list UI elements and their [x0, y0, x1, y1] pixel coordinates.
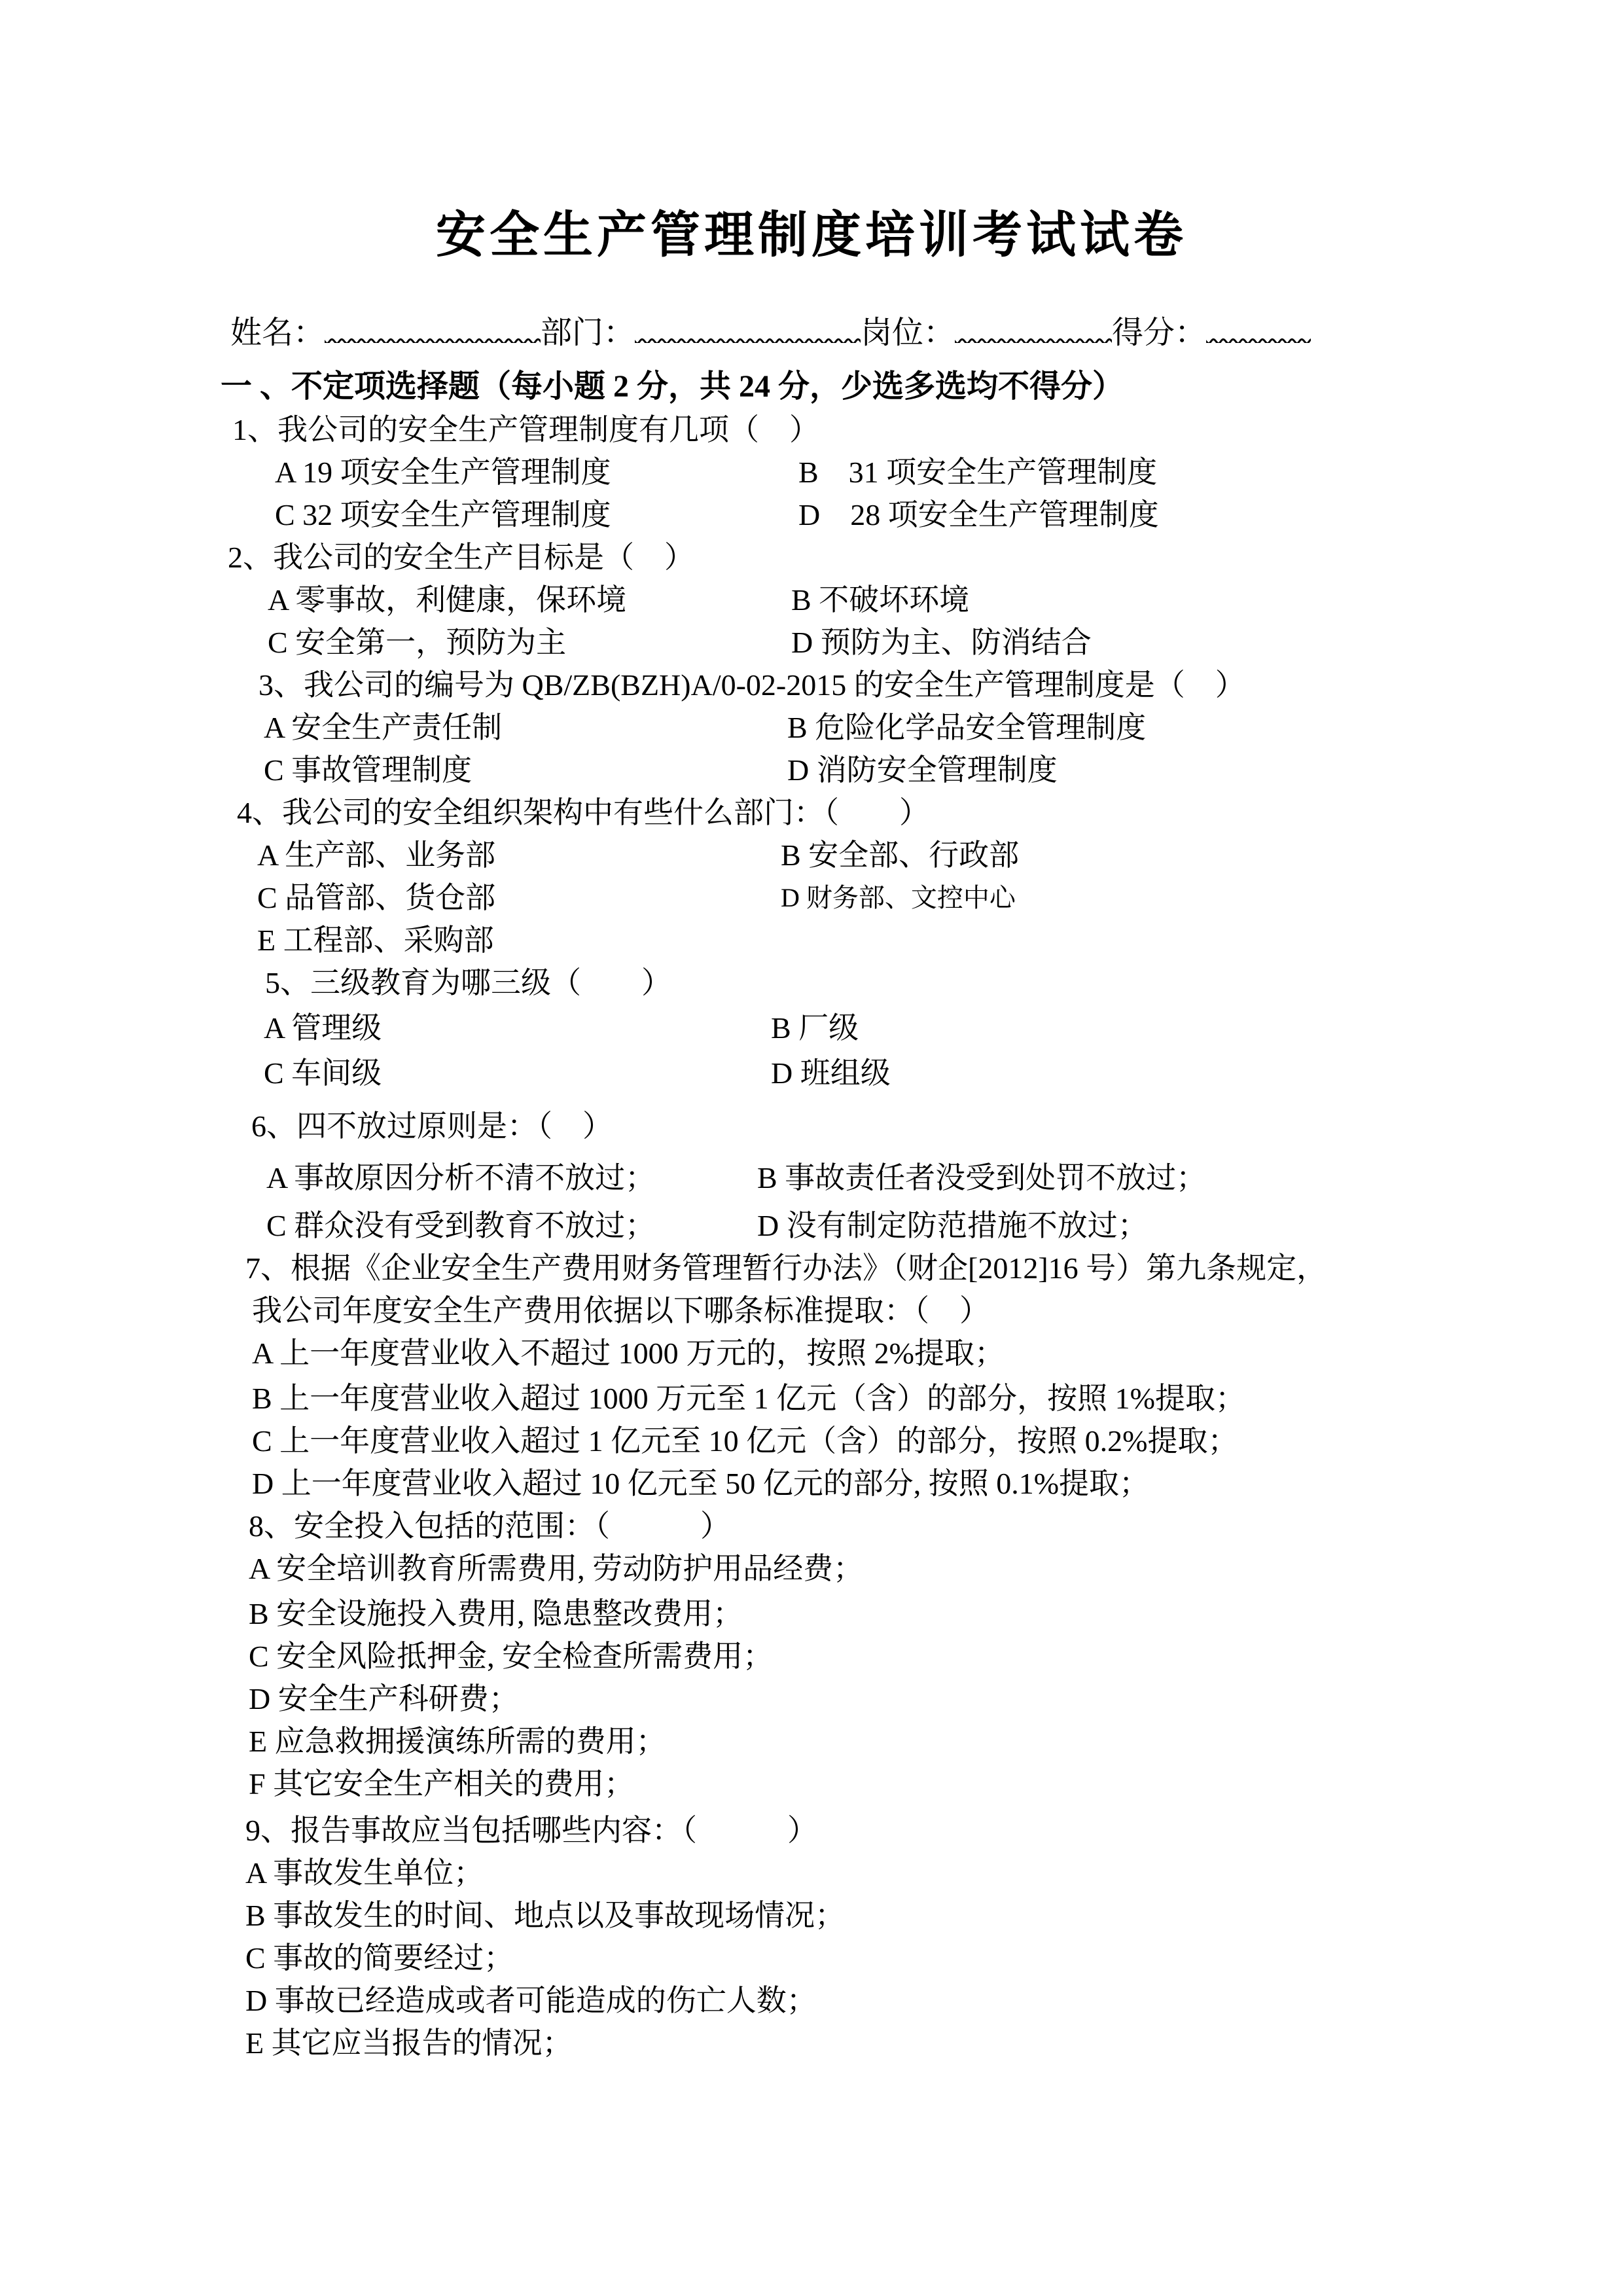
question-7-option-b: B 上一年度营业收入超过 1000 万元至 1 亿元（含）的部分，按照 1%提取…	[196, 1377, 1427, 1420]
question-6: 6、四不放过原则是：（ ） A 事故原因分析不清不放过； B 事故责任者没受到处…	[196, 1105, 1427, 1247]
question-7: 7、根据《企业安全生产费用财务管理暂行办法》（财企[2012]16 号）第九条规…	[196, 1247, 1427, 1505]
question-5-row-2: C 车间级 D 班组级	[196, 1052, 1427, 1094]
question-1-row-1: A 19 项安全生产管理制度 B 31 项安全生产管理制度	[196, 451, 1427, 493]
question-3-option-c: C 事故管理制度	[264, 749, 787, 791]
question-7-option-c: C 上一年度营业收入超过 1 亿元至 10 亿元（含）的部分，按照 0.2%提取…	[196, 1420, 1427, 1462]
question-3-row-1: A 安全生产责任制 B 危险化学品安全管理制度	[196, 706, 1427, 749]
question-4-option-empty	[781, 919, 1427, 961]
question-2-prompt: 2、我公司的安全生产目标是（ ）	[196, 536, 1427, 579]
score-blank	[1206, 296, 1311, 343]
question-8: 8、安全投入包括的范围：（ ） A 安全培训教育所需费用, 劳动防护用品经费； …	[196, 1505, 1427, 1805]
question-4-prompt: 4、我公司的安全组织架构中有些什么部门：（ ）	[196, 791, 1427, 834]
question-3-option-d: D 消防安全管理制度	[787, 749, 1427, 791]
question-3: 3、我公司的编号为 QB/ZB(BZH)A/0-02-2015 的安全生产管理制…	[196, 664, 1427, 791]
question-1-option-a: A 19 项安全生产管理制度	[275, 451, 798, 493]
question-5-option-b: B 厂级	[771, 1007, 1427, 1049]
question-4-option-c: C 品管部、货仓部	[257, 876, 781, 919]
question-3-option-a: A 安全生产责任制	[264, 706, 787, 749]
question-4: 4、我公司的安全组织架构中有些什么部门：（ ） A 生产部、业务部 B 安全部、…	[196, 791, 1427, 961]
question-1: 1、我公司的安全生产管理制度有几项（ ） A 19 项安全生产管理制度 B 31…	[196, 408, 1427, 536]
question-6-option-d: D 没有制定防范措施不放过；	[757, 1204, 1427, 1247]
question-4-option-d: D 财务部、文控中心	[781, 876, 1427, 919]
question-7-prompt-line-1: 7、根据《企业安全生产费用财务管理暂行办法》（财企[2012]16 号）第九条规…	[196, 1247, 1427, 1289]
question-2-row-2: C 安全第一，预防为主 D 预防为主、防消结合	[196, 621, 1427, 664]
question-1-option-c: C 32 项安全生产管理制度	[275, 493, 798, 536]
name-blank	[325, 296, 541, 343]
question-6-option-c: C 群众没有受到教育不放过；	[266, 1204, 757, 1247]
question-8-option-d: D 安全生产科研费；	[196, 1677, 1427, 1720]
question-8-option-f: F 其它安全生产相关的费用；	[196, 1763, 1427, 1805]
question-2-option-b: B 不破坏环境	[791, 579, 1427, 621]
question-9-option-b: B 事故发生的时间、地点以及事故现场情况；	[196, 1894, 1427, 1937]
question-6-option-a: A 事故原因分析不清不放过；	[266, 1157, 757, 1199]
question-9-prompt: 9、报告事故应当包括哪些内容：（ ）	[196, 1809, 1427, 1852]
question-5-option-d: D 班组级	[771, 1052, 1427, 1094]
question-4-option-b: B 安全部、行政部	[781, 834, 1427, 876]
question-1-row-2: C 32 项安全生产管理制度 D 28 项安全生产管理制度	[196, 493, 1427, 536]
question-2-option-d: D 预防为主、防消结合	[791, 621, 1427, 664]
score-label: 得分：	[1112, 315, 1206, 350]
question-2-option-c: C 安全第一，预防为主	[268, 621, 791, 664]
question-2-option-a: A 零事故，利健康，保环境	[268, 579, 791, 621]
question-3-row-2: C 事故管理制度 D 消防安全管理制度	[196, 749, 1427, 791]
question-9-option-e: E 其它应当报告的情况；	[196, 2022, 1427, 2064]
question-4-option-e: E 工程部、采购部	[257, 919, 781, 961]
section-heading: 一 、不定项选择题（每小题 2 分，共 24 分，少选多选均不得分）	[196, 365, 1427, 408]
question-4-option-a: A 生产部、业务部	[257, 834, 781, 876]
question-9-option-c: C 事故的简要经过；	[196, 1937, 1427, 1979]
department-blank	[635, 296, 861, 343]
question-2-row-1: A 零事故，利健康，保环境 B 不破坏环境	[196, 579, 1427, 621]
question-8-prompt: 8、安全投入包括的范围：（ ）	[196, 1505, 1427, 1547]
question-1-option-d: D 28 项安全生产管理制度	[798, 493, 1427, 536]
exam-paper-page: 安全生产管理制度培训考试试卷 姓名： 部门： 岗位： 得分：	[0, 0, 1623, 2296]
question-8-option-e: E 应急救拥援演练所需的费用；	[196, 1720, 1427, 1763]
question-6-option-b: B 事故责任者没受到处罚不放过；	[757, 1157, 1427, 1199]
question-5: 5、三级教育为哪三级（ ） A 管理级 B 厂级 C 车间级 D 班组级	[196, 961, 1427, 1094]
question-1-prompt: 1、我公司的安全生产管理制度有几项（ ）	[196, 408, 1427, 451]
question-5-option-a: A 管理级	[264, 1007, 771, 1049]
name-label: 姓名：	[230, 315, 325, 350]
question-9-option-d: D 事故已经造成或者可能造成的伤亡人数；	[196, 1979, 1427, 2022]
question-6-row-2: C 群众没有受到教育不放过； D 没有制定防范措施不放过；	[196, 1204, 1427, 1247]
question-7-prompt-line-2: 我公司年度安全生产费用依据以下哪条标准提取：（ ）	[196, 1289, 1427, 1332]
question-3-option-b: B 危险化学品安全管理制度	[787, 706, 1427, 749]
question-8-option-c: C 安全风险抵押金, 安全检查所需费用；	[196, 1635, 1427, 1677]
question-7-option-a: A 上一年度营业收入不超过 1000 万元的，按照 2%提取；	[196, 1332, 1427, 1374]
question-6-prompt: 6、四不放过原则是：（ ）	[196, 1105, 1427, 1147]
question-9-option-a: A 事故发生单位；	[196, 1852, 1427, 1894]
question-9: 9、报告事故应当包括哪些内容：（ ） A 事故发生单位； B 事故发生的时间、地…	[196, 1809, 1427, 2064]
question-8-option-a: A 安全培训教育所需费用, 劳动防护用品经费；	[196, 1547, 1427, 1590]
student-info-line: 姓名： 部门： 岗位： 得分：	[196, 296, 1427, 343]
question-4-row-3: E 工程部、采购部	[196, 919, 1427, 961]
question-5-prompt: 5、三级教育为哪三级（ ）	[196, 961, 1427, 1004]
question-5-option-c: C 车间级	[264, 1052, 771, 1094]
question-1-option-b: B 31 项安全生产管理制度	[798, 451, 1427, 493]
question-7-option-d: D 上一年度营业收入超过 10 亿元至 50 亿元的部分, 按照 0.1%提取；	[196, 1462, 1427, 1505]
position-blank	[955, 296, 1112, 343]
question-3-prompt: 3、我公司的编号为 QB/ZB(BZH)A/0-02-2015 的安全生产管理制…	[196, 664, 1427, 706]
question-5-row-1: A 管理级 B 厂级	[196, 1007, 1427, 1049]
department-label: 部门：	[541, 315, 635, 350]
position-label: 岗位：	[861, 315, 955, 350]
page-title: 安全生产管理制度培训考试试卷	[196, 203, 1427, 268]
question-4-row-2: C 品管部、货仓部 D 财务部、文控中心	[196, 876, 1427, 919]
question-4-row-1: A 生产部、业务部 B 安全部、行政部	[196, 834, 1427, 876]
question-6-row-1: A 事故原因分析不清不放过； B 事故责任者没受到处罚不放过；	[196, 1157, 1427, 1199]
question-2: 2、我公司的安全生产目标是（ ） A 零事故，利健康，保环境 B 不破坏环境 C…	[196, 536, 1427, 664]
question-8-option-b: B 安全设施投入费用, 隐患整改费用；	[196, 1592, 1427, 1635]
